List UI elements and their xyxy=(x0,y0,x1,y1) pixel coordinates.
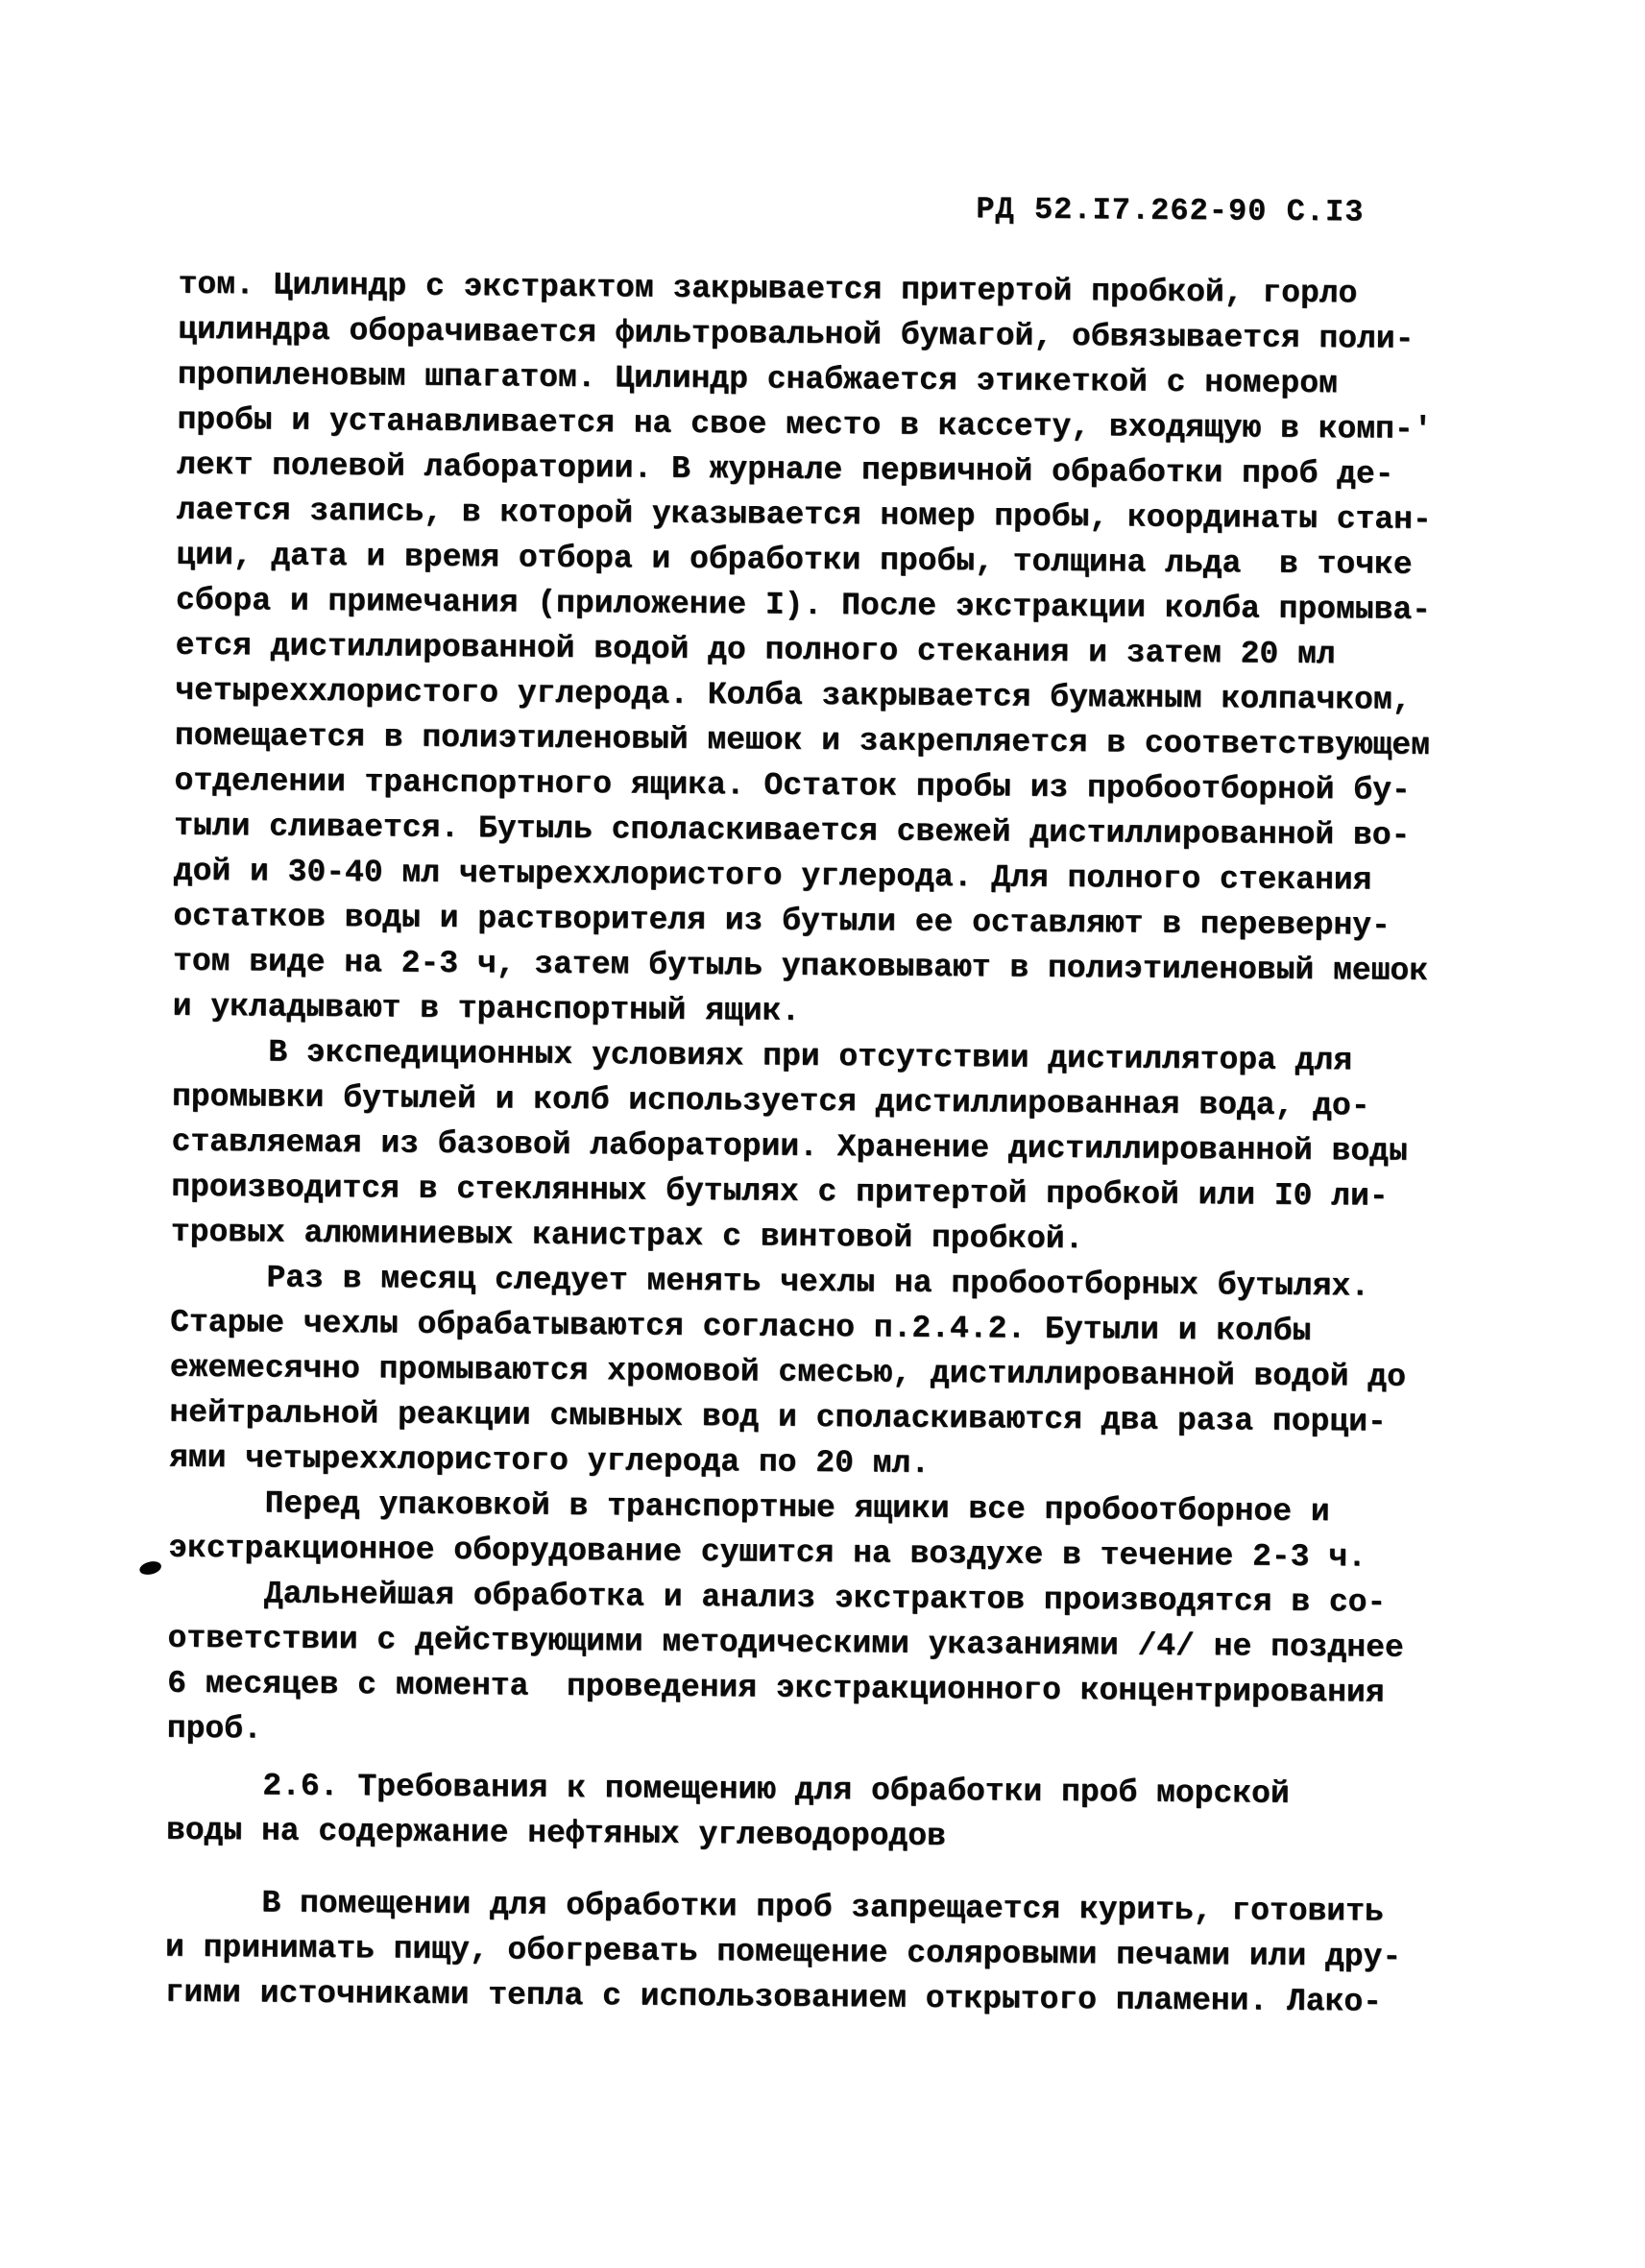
body-paragraph-5: Дальнейшая обработка и анализ экстрактов… xyxy=(167,1571,1493,1762)
ink-speck xyxy=(138,1559,162,1577)
page-header-document-code: РД 52.I7.262-90 С.I3 xyxy=(976,191,1364,229)
body-paragraph-2: В экспедиционных условиях при отсутствии… xyxy=(171,1029,1498,1266)
body-paragraph-3: Раз в месяц следует менять чехлы на проб… xyxy=(169,1255,1496,1491)
document-body: том. Цилиндр с экстрактом закрывается пр… xyxy=(164,262,1503,2026)
body-paragraph-1: том. Цилиндр с экстрактом закрывается пр… xyxy=(173,262,1504,1040)
body-paragraph-6: В помещении для обработки проб запрещает… xyxy=(164,1880,1490,2026)
scanned-document-page: РД 52.I7.262-90 С.I3 том. Цилиндр с экст… xyxy=(0,0,1645,2268)
section-heading-2-6: 2.6. Требования к помещению для обработк… xyxy=(166,1763,1492,1864)
body-paragraph-4: Перед упаковкой в транспортные ящики все… xyxy=(168,1481,1494,1581)
scan-content: РД 52.I7.262-90 С.I3 том. Цилиндр с экст… xyxy=(0,0,1645,2268)
